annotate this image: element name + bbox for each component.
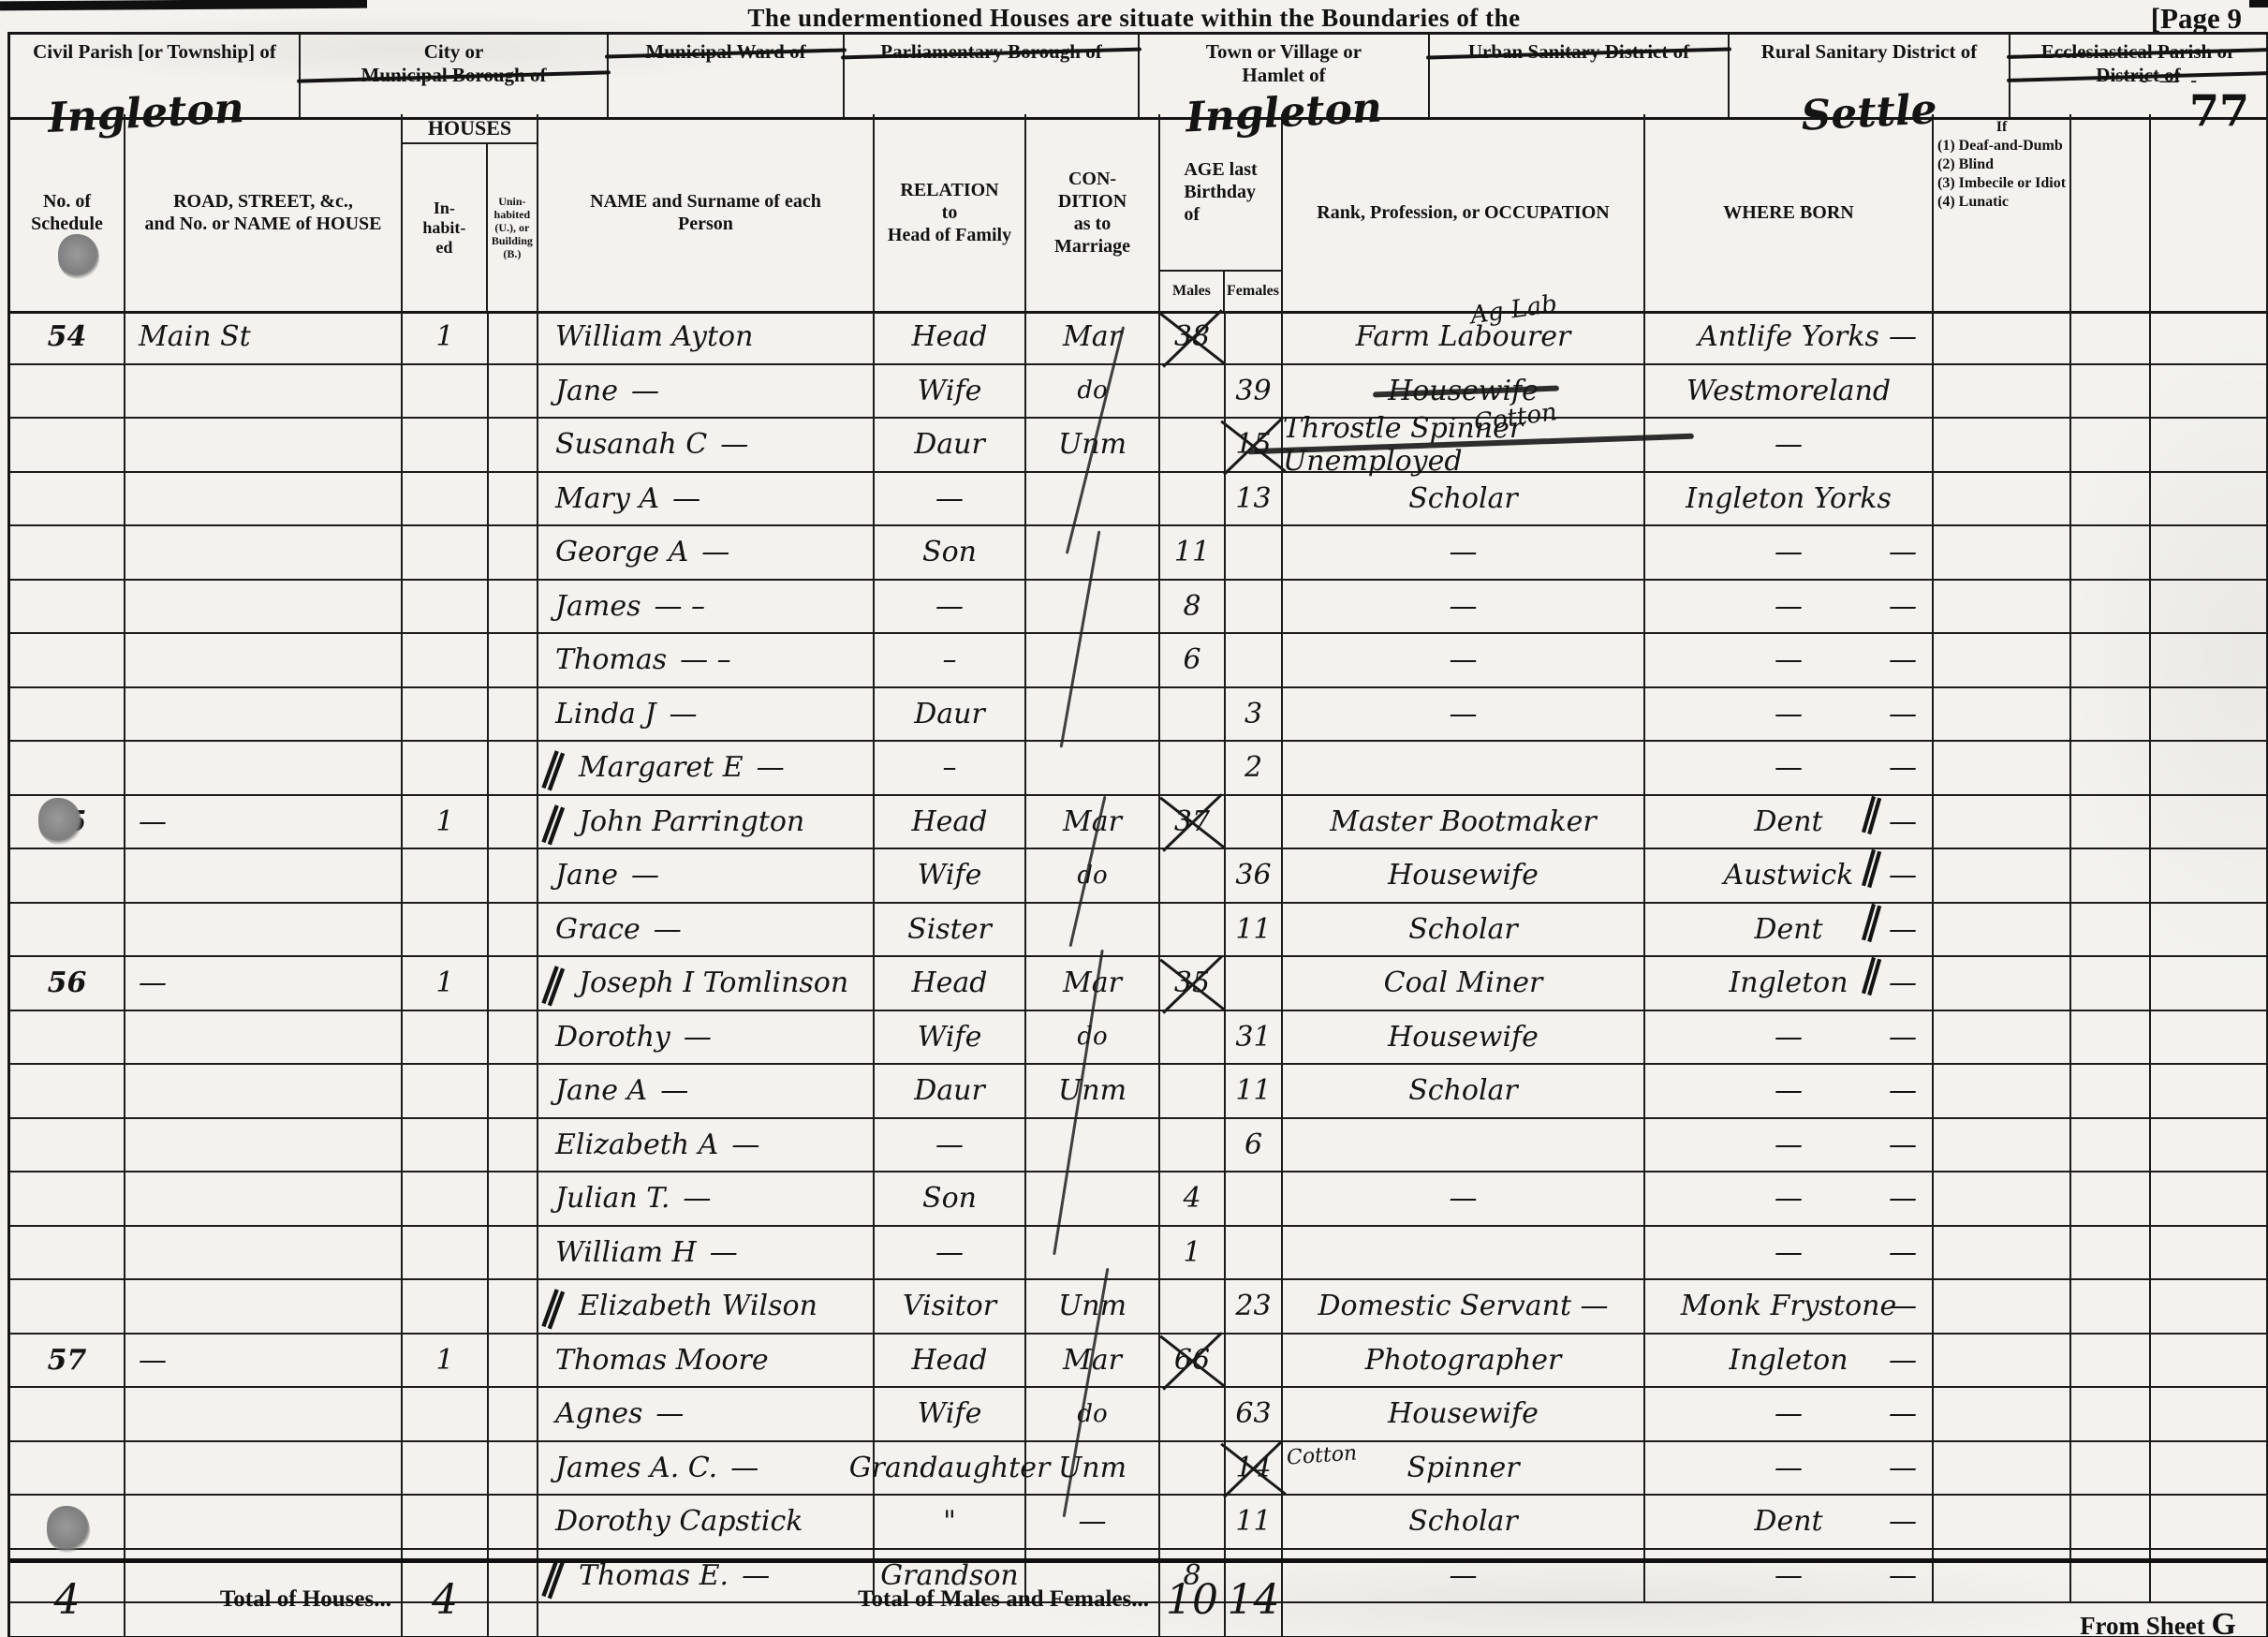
houses-group-label: HOUSES	[403, 114, 537, 144]
relation-value: Son	[922, 1182, 977, 1215]
column-header-blank-1	[2071, 114, 2151, 311]
cell-infirmity	[1934, 1335, 2071, 1387]
cell-uninhabited	[489, 1227, 538, 1279]
table-row: Julian T.—Son4———	[10, 1172, 2268, 1227]
cell-name: Dorothy—	[538, 1011, 875, 1064]
ditto-dash: —	[683, 1182, 711, 1215]
birthplace-second-dash: —	[1889, 1021, 1917, 1054]
table-row: ‖Margaret E—–2——	[10, 742, 2268, 796]
cell-condition	[1026, 1172, 1160, 1225]
cell-name: James A. C.—	[538, 1442, 875, 1495]
cell-schedule	[10, 365, 125, 418]
table-row: Jane A—DaurUnm11Scholar——	[10, 1065, 2268, 1119]
cell-blank-1	[2071, 742, 2151, 794]
cell-inhabited: 1	[403, 311, 489, 363]
cell-where-born: ——	[1645, 1065, 1934, 1117]
cell-schedule	[10, 473, 125, 525]
cell-infirmity	[1934, 904, 2071, 956]
cell-relation: —	[875, 473, 1026, 525]
boundary-label: Urban Sanitary District of	[1430, 40, 1728, 64]
table-body: 54Main St1William AytonHeadMar38Ag LabFa…	[7, 311, 2268, 1603]
cell-age-female: 36	[1226, 849, 1283, 902]
cell-name: Grace—	[538, 904, 875, 956]
cell-relation: Daur	[875, 688, 1026, 741]
cell-occupation	[1283, 742, 1645, 794]
cell-inhabited	[403, 1172, 489, 1225]
relation-value: Wife	[918, 375, 982, 407]
cell-relation: Head	[875, 1335, 1026, 1387]
table-row: James A. C.—GrandaughterUnm14CottonSpinn…	[10, 1442, 2268, 1497]
cell-name: Linda J—	[538, 688, 875, 741]
age-male-value: 35	[1167, 966, 1217, 999]
cell-occupation: —	[1283, 526, 1645, 579]
person-name: Elizabeth A	[555, 1128, 718, 1161]
cell-infirmity	[1934, 365, 2071, 418]
age-male-value: 37	[1167, 805, 1217, 838]
cell-uninhabited	[489, 1119, 538, 1172]
cell-where-born: Dent‖—	[1645, 904, 1934, 956]
total-houses-value: 4	[403, 1563, 489, 1636]
birthplace-second-dash: —	[1889, 913, 1917, 946]
condition-value: Mar	[1063, 320, 1122, 353]
birthplace-value: —	[1775, 1021, 1803, 1054]
person-name: Dorothy Capstick	[555, 1505, 803, 1538]
relation-value: —	[935, 1128, 964, 1161]
table-row: Dorothy Capstick"—11ScholarDent—	[10, 1496, 2268, 1550]
relation-value: Head	[911, 1344, 987, 1377]
cell-infirmity	[1934, 581, 2071, 633]
birthplace-second-dash: —	[1889, 1290, 1917, 1322]
ditto-dash: —	[720, 428, 748, 461]
ditto-dash: — –	[680, 643, 731, 676]
cell-uninhabited	[489, 1496, 538, 1548]
column-header-row: No. of Schedule ROAD, STREET, &c., and N…	[7, 114, 2268, 314]
cell-schedule	[10, 742, 125, 794]
cell-schedule	[10, 1388, 125, 1440]
age-female-value: 36	[1235, 859, 1271, 892]
cell-blank-2	[2151, 688, 2268, 741]
occupation-value: Housewife	[1388, 1397, 1539, 1430]
boundary-cell: Town or Village orHamlet ofIngleton	[1140, 35, 1430, 117]
cell-blank-1	[2071, 311, 2151, 363]
cell-road: Main St	[125, 311, 403, 363]
occupation-value: Housewife	[1388, 375, 1539, 407]
cell-schedule: 57	[10, 1335, 125, 1387]
cell-occupation: Housewife	[1283, 1011, 1645, 1064]
cell-inhabited: 1	[403, 796, 489, 848]
cell-where-born: Ingleton‖—	[1645, 957, 1934, 1010]
person-name: Mary A	[555, 482, 659, 515]
cell-uninhabited	[489, 581, 538, 633]
occupation-value: Housewife	[1388, 1021, 1539, 1054]
cell-blank-2	[2151, 1227, 2268, 1279]
cell-blank-2	[2151, 634, 2268, 686]
table-row: Linda J—Daur3———	[10, 688, 2268, 743]
birthplace-value: —	[1775, 1128, 1803, 1161]
cell-age-male	[1160, 473, 1226, 525]
cell-age-male: 8	[1160, 581, 1226, 633]
cell-occupation: Housewife	[1283, 1388, 1645, 1440]
birthplace-second-dash: —	[1889, 1452, 1917, 1484]
relation-value: Daur	[914, 428, 985, 461]
column-header-inhabited: In- habit- ed	[403, 144, 488, 311]
household-separator-mark: ‖	[537, 743, 570, 792]
cell-road	[125, 581, 403, 633]
birthplace-second-dash: —	[1889, 536, 1917, 568]
cell-age-female: 23	[1226, 1280, 1283, 1333]
table-row: Dorothy—Wifedo31Housewife——	[10, 1011, 2268, 1066]
cell-infirmity	[1934, 634, 2071, 686]
birthplace-second-dash: —	[1889, 1344, 1917, 1377]
boundary-label: City or	[301, 40, 607, 64]
cell-infirmity	[1934, 526, 2071, 579]
cell-inhabited	[403, 1280, 489, 1333]
cell-uninhabited	[489, 957, 538, 1010]
person-name: Joseph I Tomlinson	[579, 966, 848, 999]
column-header-relation: RELATION to Head of Family	[875, 114, 1026, 311]
cell-age-male: 6	[1160, 634, 1226, 686]
column-header-road: ROAD, STREET, &c., and No. or NAME of HO…	[125, 114, 403, 311]
cell-where-born: Dent‖—	[1645, 796, 1934, 848]
cell-uninhabited	[489, 1335, 538, 1387]
ditto-dash: —	[730, 1452, 758, 1484]
cell-age-male: 35	[1160, 957, 1226, 1010]
person-name: Dorothy	[555, 1021, 670, 1054]
cell-schedule	[10, 1227, 125, 1279]
table-row: Thomas— ––6———	[10, 634, 2268, 688]
cell-road	[125, 1172, 403, 1225]
cell-where-born: Dent—	[1645, 1496, 1934, 1548]
cell-schedule	[10, 849, 125, 902]
table-row: 55—1‖John ParringtonHeadMar37Master Boot…	[10, 796, 2268, 850]
age-female-value: 3	[1244, 698, 1262, 730]
table-row: ‖Elizabeth WilsonVisitorUnm23Domestic Se…	[10, 1280, 2268, 1335]
cell-name: Dorothy Capstick	[538, 1496, 875, 1548]
cell-blank-1	[2071, 1442, 2151, 1495]
cell-blank-1	[2071, 473, 2151, 525]
cell-schedule	[10, 419, 125, 471]
person-name: George A	[555, 536, 688, 568]
road-name: —	[139, 1344, 167, 1377]
cell-road	[125, 634, 403, 686]
cell-inhabited	[403, 634, 489, 686]
cell-name: ‖Elizabeth Wilson	[538, 1280, 875, 1333]
cell-road	[125, 849, 403, 902]
cell-where-born: ——	[1645, 1227, 1934, 1279]
cell-occupation	[1283, 1227, 1645, 1279]
cell-age-female	[1226, 1227, 1283, 1279]
cell-age-female: 11	[1226, 1065, 1283, 1117]
cell-relation: Head	[875, 311, 1026, 363]
cell-inhabited	[403, 365, 489, 418]
cell-occupation	[1283, 1119, 1645, 1172]
cell-where-born: Ingleton—	[1645, 1335, 1934, 1387]
birthplace-second-dash: —	[1889, 320, 1917, 353]
condition-value: Mar	[1063, 966, 1122, 999]
page-title: The undermentioned Houses are situate wi…	[747, 4, 1520, 33]
cell-blank-1	[2071, 904, 2151, 956]
age-male-value: 38	[1167, 320, 1217, 353]
cell-infirmity	[1934, 742, 2071, 794]
cell-name: Agnes—	[538, 1388, 875, 1440]
cell-schedule	[10, 688, 125, 741]
boundary-cell: Municipal Ward of	[609, 35, 845, 117]
occupation-annotation: Cotton	[1286, 1441, 1358, 1469]
cell-condition: Unm	[1026, 1442, 1160, 1495]
cell-age-male	[1160, 1119, 1226, 1172]
cell-where-born: ——	[1645, 688, 1934, 741]
birthplace-value: —	[1775, 1452, 1803, 1484]
age-female-value: 13	[1235, 482, 1271, 515]
column-header-infirmity: If (1) Deaf-and-Dumb (2) Blind (3) Imbec…	[1934, 114, 2071, 311]
cell-infirmity	[1934, 1011, 2071, 1064]
check-tick-mark: ‖	[1857, 950, 1887, 997]
relation-value: Sister	[907, 913, 992, 946]
birthplace-second-dash: —	[1889, 1505, 1917, 1538]
cell-road	[125, 1227, 403, 1279]
cell-condition: do	[1026, 365, 1160, 418]
person-name: James	[555, 590, 641, 623]
birthplace-second-dash: —	[1889, 805, 1917, 838]
birthplace-second-dash: —	[1889, 1397, 1917, 1430]
cell-blank-2	[2151, 1442, 2268, 1495]
age-female-value: 11	[1235, 913, 1271, 946]
occupation-value: —	[1450, 643, 1478, 676]
cell-occupation: Scholar	[1283, 473, 1645, 525]
column-header-blank-2	[2151, 114, 2268, 311]
cell-schedule	[10, 1442, 125, 1495]
cell-road	[125, 742, 403, 794]
occupation-value: Scholar	[1408, 1505, 1518, 1538]
table-row: Jane—Wifedo39HousewifeWestmoreland	[10, 365, 2268, 420]
cell-road: —	[125, 1335, 403, 1387]
condition-value: Unm	[1058, 1074, 1127, 1107]
cell-infirmity	[1934, 1065, 2071, 1117]
cell-condition: do	[1026, 1388, 1160, 1440]
cell-infirmity	[1934, 849, 2071, 902]
person-name: Linda J	[555, 698, 656, 730]
boundary-cell: Urban Sanitary District of	[1430, 35, 1730, 117]
cell-age-female	[1226, 796, 1283, 848]
cell-relation: Visitor	[875, 1280, 1026, 1333]
cell-infirmity	[1934, 688, 2071, 741]
cell-age-female	[1226, 311, 1283, 363]
cell-name: Elizabeth A—	[538, 1119, 875, 1172]
cell-blank-1	[2071, 1065, 2151, 1117]
cell-condition	[1026, 473, 1160, 525]
birthplace-value: Ingleton	[1729, 1344, 1848, 1377]
person-name: Julian T.	[555, 1182, 670, 1215]
cell-blank-1	[2071, 365, 2151, 418]
cell-age-female	[1226, 1335, 1283, 1387]
cell-road	[125, 1119, 403, 1172]
cell-blank-2	[2151, 849, 2268, 902]
cell-age-male: 38	[1160, 311, 1226, 363]
cell-road	[125, 526, 403, 579]
age-female-value: 23	[1235, 1290, 1271, 1322]
cell-road	[125, 904, 403, 956]
cell-where-born: ——	[1645, 1119, 1934, 1172]
boundary-cell: Parliamentary Borough of	[845, 35, 1140, 117]
cell-blank-2	[2151, 1011, 2268, 1064]
birthplace-value: —	[1775, 428, 1803, 461]
cell-age-female: 13	[1226, 473, 1283, 525]
birthplace-second-dash: —	[1889, 1074, 1917, 1107]
cell-age-male	[1160, 742, 1226, 794]
cell-infirmity	[1934, 473, 2071, 525]
household-separator-mark: ‖	[537, 958, 570, 1008]
ink-blot	[38, 798, 81, 845]
cell-relation: Son	[875, 1172, 1026, 1225]
cell-infirmity	[1934, 1388, 2071, 1440]
cell-uninhabited	[489, 1065, 538, 1117]
age-female-value: 63	[1235, 1397, 1271, 1430]
boundary-cell: Ecclesiastical Parish orDistrict of- — -…	[2010, 35, 2268, 117]
check-tick-mark: ‖	[1857, 789, 1887, 836]
cell-condition	[1026, 634, 1160, 686]
relation-value: Wife	[918, 859, 982, 892]
table-row: William H——1——	[10, 1227, 2268, 1281]
ditto-dash: —	[710, 1236, 738, 1269]
cell-uninhabited	[489, 473, 538, 525]
cell-condition	[1026, 1227, 1160, 1279]
birthplace-value: Antlife Yorks	[1698, 320, 1879, 353]
cell-relation: Wife	[875, 849, 1026, 902]
cell-name: Thomas— –	[538, 634, 875, 686]
cell-age-male: 11	[1160, 526, 1226, 579]
cell-schedule	[10, 1280, 125, 1333]
cell-inhabited	[403, 1227, 489, 1279]
cell-inhabited	[403, 688, 489, 741]
cell-age-male	[1160, 688, 1226, 741]
cell-name: Mary A—	[538, 473, 875, 525]
sheet-note: From Sheet G	[2080, 1607, 2236, 1637]
cell-age-female: 63	[1226, 1388, 1283, 1440]
cell-relation: —	[875, 1227, 1026, 1279]
ditto-dash: —	[757, 751, 785, 784]
cell-age-male	[1160, 904, 1226, 956]
cell-infirmity	[1934, 311, 2071, 363]
cell-where-born: Antlife Yorks—	[1645, 311, 1934, 363]
cell-schedule	[10, 526, 125, 579]
cell-relation: Head	[875, 957, 1026, 1010]
schedule-number: 54	[48, 320, 87, 353]
cell-blank-2	[2151, 311, 2268, 363]
cell-road: —	[125, 957, 403, 1010]
occupation-value: Domestic Servant —	[1318, 1290, 1608, 1322]
cell-where-born: ——	[1645, 1172, 1934, 1225]
cell-infirmity	[1934, 1119, 2071, 1172]
boundary-label: Parliamentary Borough of	[845, 40, 1138, 64]
occupation-value: —	[1450, 698, 1478, 730]
cell-inhabited	[403, 849, 489, 902]
age-female-value: 15	[1228, 428, 1278, 461]
cell-road: —	[125, 796, 403, 848]
age-male-value: 6	[1183, 643, 1200, 676]
ditto-dash: —	[631, 859, 659, 892]
cell-occupation: —	[1283, 634, 1645, 686]
cell-road	[125, 1388, 403, 1440]
cell-age-female	[1226, 581, 1283, 633]
cell-schedule: 54	[10, 311, 125, 363]
table-row: Mary A——13ScholarIngleton Yorks	[10, 473, 2268, 527]
cell-uninhabited	[489, 634, 538, 686]
person-name: Susanah C	[555, 428, 707, 461]
cell-condition	[1026, 688, 1160, 741]
age-female-value: 2	[1244, 751, 1262, 784]
cell-schedule: 55	[10, 796, 125, 848]
cell-blank-2	[2151, 1172, 2268, 1225]
cell-road	[125, 419, 403, 471]
cell-blank-2	[2151, 365, 2268, 418]
cell-infirmity	[1934, 419, 2071, 471]
table-row: Grace—Sister11ScholarDent‖—	[10, 904, 2268, 958]
table-row: Susanah C—DaurUnm15CottonThrostle Spinne…	[10, 419, 2268, 473]
cell-blank-1	[2071, 849, 2151, 902]
person-name: William Ayton	[555, 320, 753, 353]
cell-age-male	[1160, 1280, 1226, 1333]
occupation-value: —	[1450, 590, 1478, 623]
cell-blank-1	[2071, 1011, 2151, 1064]
birthplace-second-dash: —	[1889, 643, 1917, 676]
cell-infirmity	[1934, 957, 2071, 1010]
column-header-uninhabited: Unin- habited (U.), or Building (B.)	[488, 144, 537, 311]
birthplace-second-dash: —	[1889, 1236, 1917, 1269]
cell-uninhabited	[489, 849, 538, 902]
cell-relation: —	[875, 1119, 1026, 1172]
cell-uninhabited	[489, 419, 538, 471]
household-separator-mark: ‖	[537, 797, 570, 847]
cell-name: Susanah C—	[538, 419, 875, 471]
birthplace-value: Austwick	[1724, 859, 1854, 892]
relation-value: Grandaughter	[849, 1452, 1051, 1484]
cell-infirmity	[1934, 1280, 2071, 1333]
table-row: James— –—8———	[10, 581, 2268, 635]
relation-value: –	[943, 643, 957, 676]
cell-age-male: 4	[1160, 1172, 1226, 1225]
cell-uninhabited	[489, 365, 538, 418]
ink-blot	[58, 234, 99, 279]
cell-name: ‖Joseph I Tomlinson	[538, 957, 875, 1010]
cell-schedule	[10, 1172, 125, 1225]
person-name: Thomas Moore	[555, 1344, 769, 1377]
relation-value: Daur	[914, 698, 985, 730]
cell-where-born: ——	[1645, 526, 1934, 579]
cell-blank-2	[2151, 1119, 2268, 1172]
cell-inhabited	[403, 473, 489, 525]
cell-blank-2	[2151, 1335, 2268, 1387]
cell-inhabited	[403, 581, 489, 633]
table-row: 56—1‖Joseph I TomlinsonHeadMar35Coal Min…	[10, 957, 2268, 1011]
cell-condition: Unm	[1026, 1280, 1160, 1333]
relation-value: Head	[911, 805, 987, 838]
cell-condition: Mar	[1026, 311, 1160, 363]
cell-inhabited	[403, 1011, 489, 1064]
cell-schedule	[10, 904, 125, 956]
birthplace-value: Ingleton Yorks	[1686, 482, 1892, 515]
cell-relation: Sister	[875, 904, 1026, 956]
age-male-value: 66	[1167, 1344, 1217, 1377]
cell-blank-1	[2071, 526, 2151, 579]
cell-blank-2	[2151, 581, 2268, 633]
column-header-age: AGE last Birthday of Males Females	[1160, 114, 1283, 311]
ditto-dash: —	[731, 1128, 759, 1161]
cell-condition	[1026, 742, 1160, 794]
cell-inhabited: 1	[403, 957, 489, 1010]
check-tick-mark: ‖	[1857, 896, 1887, 944]
cell-blank-2	[2151, 1280, 2268, 1333]
occupation-value: —	[1450, 536, 1478, 568]
